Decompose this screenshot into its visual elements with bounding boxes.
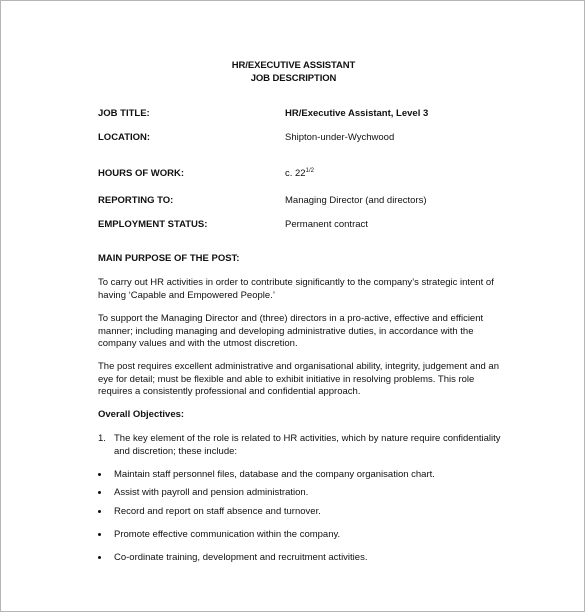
bullet-text: Maintain staff personnel files, database… [114,469,435,480]
bullet-icon [98,473,101,476]
field-value: Shipton-under-Wychwood [285,132,394,143]
field-label: REPORTING TO: [98,195,173,206]
document-title: HR/EXECUTIVE ASSISTANT JOB DESCRIPTION [1,59,585,85]
bullet-icon [98,491,101,494]
bullet-text: Assist with payroll and pension administ… [114,487,308,498]
field-value: Permanent contract [285,219,368,230]
bullet-icon [98,533,101,536]
list-text: The key element of the role is related t… [114,433,506,458]
main-purpose-heading: MAIN PURPOSE OF THE POST: [98,253,508,266]
field-label: EMPLOYMENT STATUS: [98,219,207,230]
field-label: LOCATION: [98,132,150,143]
title-line-2: JOB DESCRIPTION [1,72,585,85]
bullet-text: Record and report on staff absence and t… [114,506,321,517]
purpose-paragraph-3: The post requires excellent administrati… [98,361,508,399]
field-value: c. 221/2 [285,168,314,179]
document-page: HR/EXECUTIVE ASSISTANT JOB DESCRIPTION J… [0,0,585,612]
bullet-icon [98,556,101,559]
bullet-text: Co-ordinate training, development and re… [114,552,367,563]
field-value: Managing Director (and directors) [285,195,427,206]
bullet-icon [98,510,101,513]
bullet-text: Promote effective communication within t… [114,529,340,540]
list-number: 1. [98,433,106,446]
purpose-paragraph-2: To support the Managing Director and (th… [98,313,508,351]
field-value: HR/Executive Assistant, Level 3 [285,108,428,119]
hours-fraction: 1/2 [306,168,314,174]
purpose-paragraph-1: To carry out HR activities in order to c… [98,277,508,302]
title-line-1: HR/EXECUTIVE ASSISTANT [1,59,585,72]
field-label: HOURS OF WORK: [98,168,184,179]
hours-value: c. 22 [285,168,306,179]
field-label: JOB TITLE: [98,108,150,119]
objectives-heading: Overall Objectives: [98,409,508,422]
